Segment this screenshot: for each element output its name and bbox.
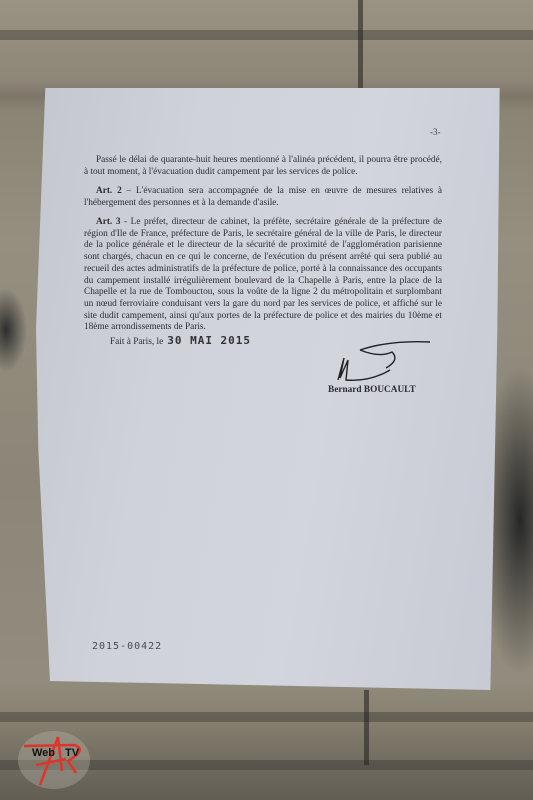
fait-label: Fait à Paris, le bbox=[110, 337, 163, 347]
signature-place-date: Fait à Paris, le30 MAI 2015 bbox=[110, 334, 251, 347]
logo-text-web: Web bbox=[32, 747, 55, 759]
red-star-a-icon bbox=[18, 731, 90, 789]
wall-joint bbox=[0, 30, 533, 40]
wall-joint bbox=[0, 712, 533, 722]
handwritten-signature-icon bbox=[330, 340, 440, 386]
reference-number: 2015-00422 bbox=[92, 641, 162, 652]
paragraph-article-2: Art. 2 – L'évacuation sera accompagnée d… bbox=[84, 186, 442, 209]
article-3-label: Art. 3 bbox=[96, 217, 120, 227]
paragraph-evacuation-delay: Passé le délai de quarante-huit heures m… bbox=[84, 155, 442, 178]
article-2-label: Art. 2 bbox=[96, 186, 122, 196]
wall-joint bbox=[358, 0, 363, 90]
paragraph-article-3: Art. 3 - Le préfet, directeur de cabinet… bbox=[84, 217, 442, 334]
page-number: -3- bbox=[430, 127, 441, 137]
signer-name: Bernard BOUCAULT bbox=[328, 385, 416, 395]
article-3-text: - Le préfet, directeur de cabinet, la pr… bbox=[84, 217, 442, 332]
wall-joint bbox=[364, 690, 369, 765]
article-2-text: – L'évacuation sera accompagnée de la mi… bbox=[84, 186, 442, 208]
date-stamp: 30 MAI 2015 bbox=[167, 334, 251, 347]
logo-text-tv: TV bbox=[65, 747, 79, 759]
webtv-watermark-logo: Web TV bbox=[18, 731, 90, 789]
